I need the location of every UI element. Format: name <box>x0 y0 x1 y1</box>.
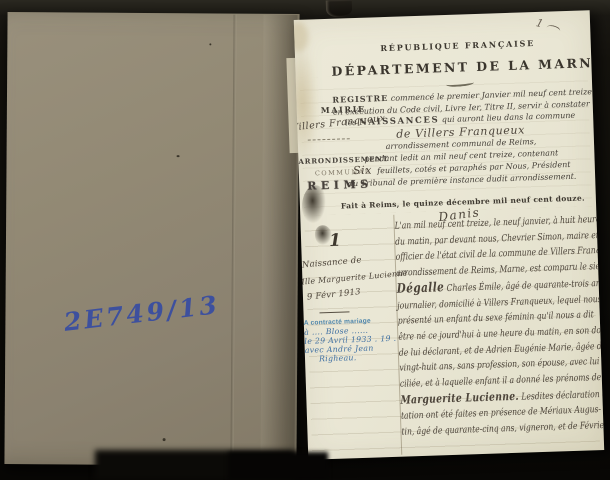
document-scan: 2E749/13 1 RÉPUBLIQUE FRANÇAISE DÉPARTEM… <box>0 0 610 480</box>
bottom-binding-shadow <box>228 452 328 480</box>
registre-word: REGISTRE <box>332 93 388 105</box>
cover-speck <box>177 155 180 157</box>
register-preamble: REGISTRE commencé le premier Janvier mil… <box>332 86 589 190</box>
cover-crease <box>230 15 236 465</box>
register-page: 1 RÉPUBLIQUE FRANÇAISE DÉPARTEMENT DE LA… <box>294 10 604 460</box>
feuillets-count-handwritten: Six <box>353 164 372 178</box>
act-body: L'an mil neuf cent treize, le neuf janvi… <box>394 212 603 440</box>
marriage-mention-stamp: A contracté mariage à .... Blose ...... … <box>304 316 399 364</box>
register-cover: 2E749/13 <box>4 12 299 466</box>
cover-speck <box>209 43 211 45</box>
binding-clip <box>326 0 353 17</box>
folio-number: 1 <box>534 16 544 30</box>
cover-speck <box>163 438 166 441</box>
folio-flourish <box>545 23 561 36</box>
declarant-name: Dégalle <box>397 280 445 297</box>
cover-call-number: 2E749/13 <box>62 290 221 337</box>
header-republique: RÉPUBLIQUE FRANÇAISE <box>331 36 585 54</box>
child-name: Marguerite Lucienne. <box>400 389 519 407</box>
act-number: 1 <box>329 231 342 251</box>
